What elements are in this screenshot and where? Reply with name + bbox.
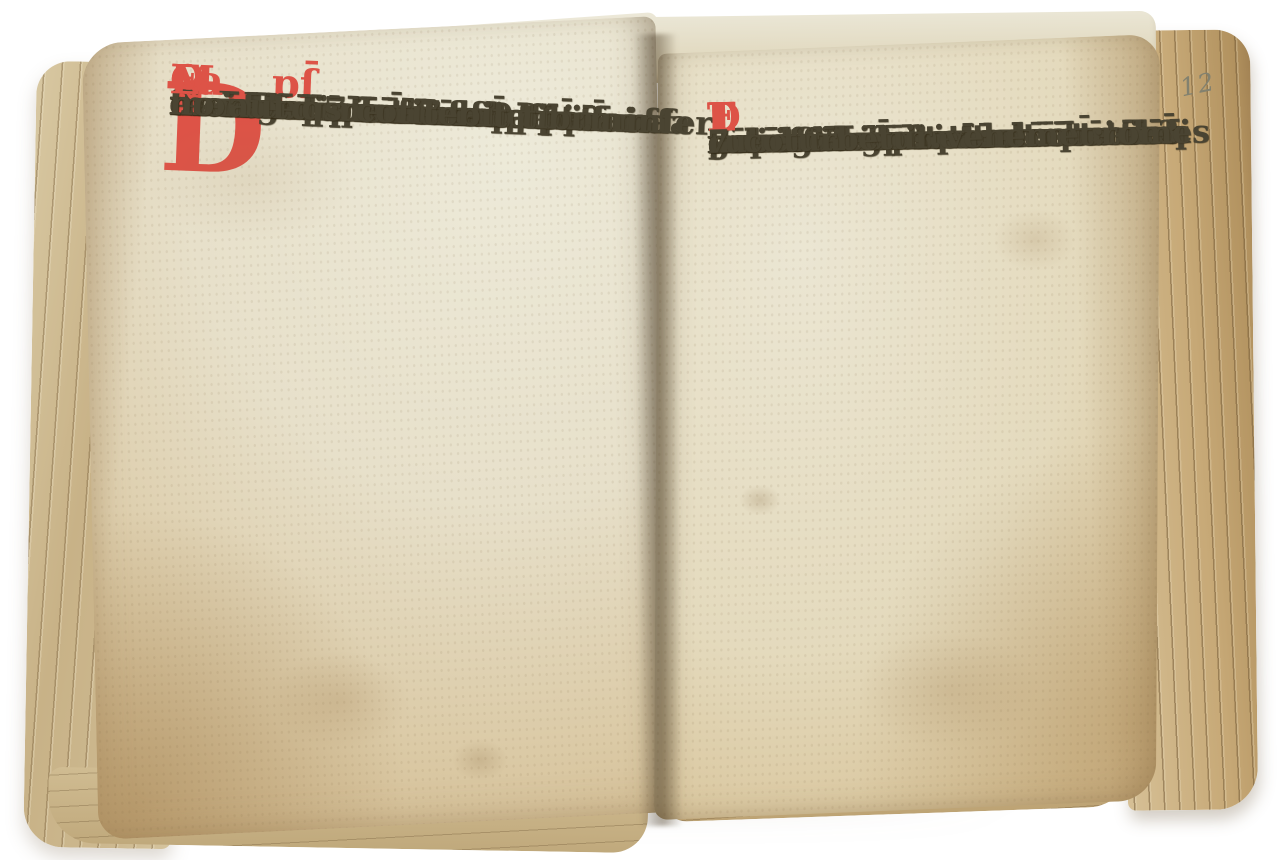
rubric-text: La — [170, 80, 223, 82]
open-manuscript-book: D n̄e ne ī furore tuopſ̄arguas me: neq̄ … — [0, 0, 1280, 860]
book-gutter — [633, 34, 683, 826]
